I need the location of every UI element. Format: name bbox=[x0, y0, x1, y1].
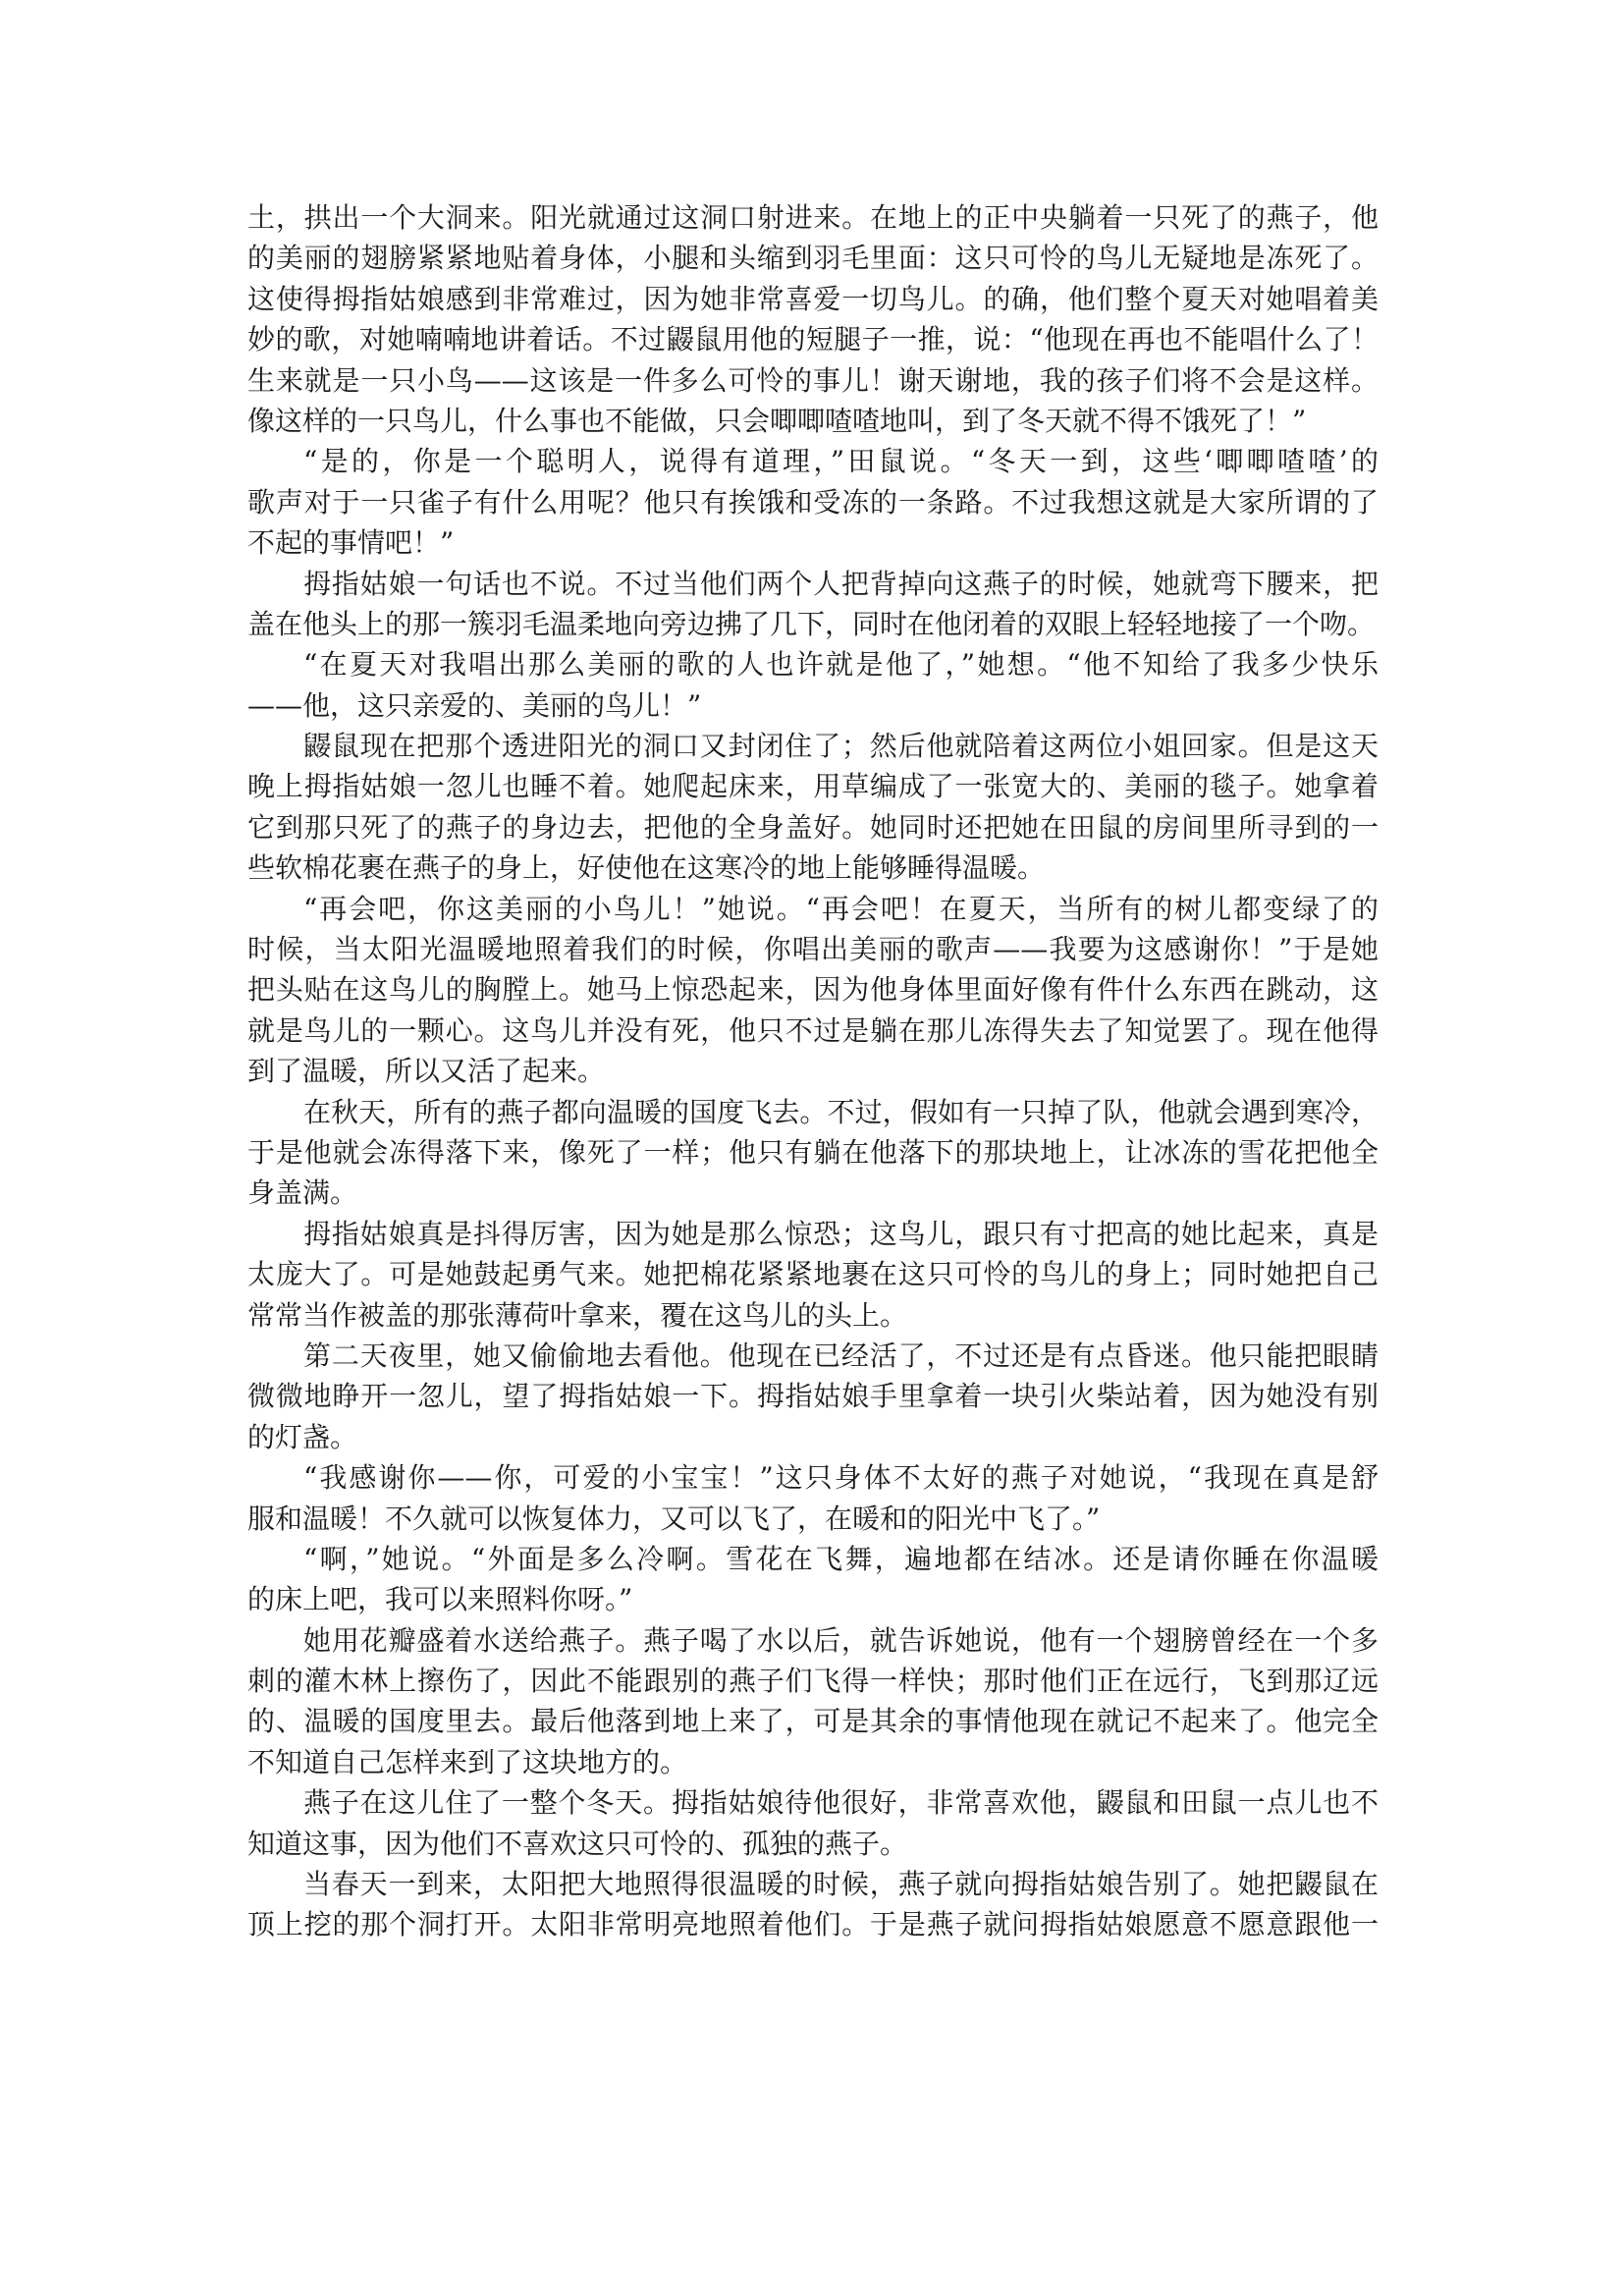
paragraph: 燕子在这儿住了一整个冬天。拇指姑娘待他很好，非常喜欢他，鼹鼠和田鼠一点儿也不知道… bbox=[247, 1782, 1379, 1864]
text-line: 妙的歌，对她喃喃地讲着话。不过鼹鼠用他的短腿子一推，说：“他现在再也不能唱什么了… bbox=[247, 319, 1379, 359]
text-line: 不知道自己怎样来到了这块地方的。 bbox=[247, 1742, 1379, 1782]
text-line: 当春天一到来，太阳把大地照得很温暖的时候，燕子就向拇指姑娘告别了。她把鼹鼠在 bbox=[247, 1864, 1379, 1904]
text-line: “啊，”她说。“外面是多么冷啊。雪花在飞舞，遍地都在结冰。还是请你睡在你温暖 bbox=[247, 1539, 1379, 1579]
paragraph: 拇指姑娘一句话也不说。不过当他们两个人把背掉向这燕子的时候，她就弯下腰来，把盖在… bbox=[247, 564, 1379, 645]
text-line: 鼹鼠现在把那个透进阳光的洞口又封闭住了；然后他就陪着这两位小姐回家。但是这天 bbox=[247, 726, 1379, 766]
paragraph: “我感谢你——你，可爱的小宝宝！”这只身体不太好的燕子对她说，“我现在真是舒服和… bbox=[247, 1457, 1379, 1539]
text-line: “是的，你是一个聪明人，说得有道理，”田鼠说。“冬天一到，这些‘唧唧喳喳’的 bbox=[247, 441, 1379, 481]
paragraph: 她用花瓣盛着水送给燕子。燕子喝了水以后，就告诉她说，他有一个翅膀曾经在一个多刺的… bbox=[247, 1620, 1379, 1783]
text-line: 的床上吧，我可以来照料你呀。” bbox=[247, 1579, 1379, 1619]
paragraph: 在秋天，所有的燕子都向温暖的国度飞去。不过，假如有一只掉了队，他就会遇到寒冷，于… bbox=[247, 1092, 1379, 1214]
text-line: 拇指姑娘一句话也不说。不过当他们两个人把背掉向这燕子的时候，她就弯下腰来，把 bbox=[247, 564, 1379, 604]
text-line: 的灯盏。 bbox=[247, 1417, 1379, 1457]
text-line: 服和温暖！不久就可以恢复体力，又可以飞了，在暖和的阳光中飞了。” bbox=[247, 1499, 1379, 1539]
text-line: 晚上拇指姑娘一忽儿也睡不着。她爬起床来，用草编成了一张宽大的、美丽的毯子。她拿着 bbox=[247, 766, 1379, 806]
paragraph: “是的，你是一个聪明人，说得有道理，”田鼠说。“冬天一到，这些‘唧唧喳喳’的歌声… bbox=[247, 441, 1379, 563]
text-line: 把头贴在这鸟儿的胸膛上。她马上惊恐起来，因为他身体里面好像有件什么东西在跳动，这 bbox=[247, 969, 1379, 1010]
text-line: 到了温暖，所以又活了起来。 bbox=[247, 1051, 1379, 1091]
text-line: 她用花瓣盛着水送给燕子。燕子喝了水以后，就告诉她说，他有一个翅膀曾经在一个多 bbox=[247, 1620, 1379, 1661]
text-line: 的美丽的翅膀紧紧地贴着身体，小腿和头缩到羽毛里面：这只可怜的鸟儿无疑地是冻死了。 bbox=[247, 238, 1379, 278]
text-line: “在夏天对我唱出那么美丽的歌的人也许就是他了，”她想。“他不知给了我多少快乐 bbox=[247, 644, 1379, 684]
paragraph: 拇指姑娘真是抖得厉害，因为她是那么惊恐；这鸟儿，跟只有寸把高的她比起来，真是太庞… bbox=[247, 1214, 1379, 1336]
text-line: 些软棉花裹在燕子的身上，好使他在这寒冷的地上能够睡得温暖。 bbox=[247, 847, 1379, 888]
paragraph: “再会吧，你这美丽的小鸟儿！”她说。“再会吧！在夏天，当所有的树儿都变绿了的时候… bbox=[247, 889, 1379, 1092]
text-line: 歌声对于一只雀子有什么用呢？他只有挨饿和受冻的一条路。不过我想这就是大家所谓的了 bbox=[247, 482, 1379, 522]
text-line: 第二天夜里，她又偷偷地去看他。他现在已经活了，不过还是有点昏迷。他只能把眼睛 bbox=[247, 1336, 1379, 1376]
document-page: 土，拱出一个大洞来。阳光就通过这洞口射进来。在地上的正中央躺着一只死了的燕子，他… bbox=[247, 197, 1379, 1945]
text-line: 身盖满。 bbox=[247, 1173, 1379, 1213]
text-line: 微微地睁开一忽儿，望了拇指姑娘一下。拇指姑娘手里拿着一块引火柴站着，因为她没有别 bbox=[247, 1376, 1379, 1416]
text-line: 它到那只死了的燕子的身边去，把他的全身盖好。她同时还把她在田鼠的房间里所寻到的一 bbox=[247, 807, 1379, 847]
text-line: 顶上挖的那个洞打开。太阳非常明亮地照着他们。于是燕子就问拇指姑娘愿意不愿意跟他一 bbox=[247, 1904, 1379, 1944]
text-line: 于是他就会冻得落下来，像死了一样；他只有躺在他落下的那块地上，让冰冻的雪花把他全 bbox=[247, 1132, 1379, 1173]
text-line: 生来就是一只小鸟——这该是一件多么可怜的事儿！谢天谢地，我的孩子们将不会是这样。 bbox=[247, 360, 1379, 401]
text-line: 拇指姑娘真是抖得厉害，因为她是那么惊恐；这鸟儿，跟只有寸把高的她比起来，真是 bbox=[247, 1214, 1379, 1254]
paragraph: 鼹鼠现在把那个透进阳光的洞口又封闭住了；然后他就陪着这两位小姐回家。但是这天晚上… bbox=[247, 726, 1379, 889]
text-line: 燕子在这儿住了一整个冬天。拇指姑娘待他很好，非常喜欢他，鼹鼠和田鼠一点儿也不 bbox=[247, 1782, 1379, 1823]
text-line: ——他，这只亲爱的、美丽的鸟儿！” bbox=[247, 685, 1379, 726]
text-line: 知道这事，因为他们不喜欢这只可怜的、孤独的燕子。 bbox=[247, 1824, 1379, 1864]
text-line: 盖在他头上的那一簇羽毛温柔地向旁边拂了几下，同时在他闭着的双眼上轻轻地接了一个吻… bbox=[247, 604, 1379, 644]
text-line: 像这样的一只鸟儿，什么事也不能做，只会唧唧喳喳地叫，到了冬天就不得不饿死了！” bbox=[247, 401, 1379, 441]
paragraph: 土，拱出一个大洞来。阳光就通过这洞口射进来。在地上的正中央躺着一只死了的燕子，他… bbox=[247, 197, 1379, 441]
text-line: 常常当作被盖的那张薄荷叶拿来，覆在这鸟儿的头上。 bbox=[247, 1295, 1379, 1336]
paragraph: “啊，”她说。“外面是多么冷啊。雪花在飞舞，遍地都在结冰。还是请你睡在你温暖的床… bbox=[247, 1539, 1379, 1620]
text-line: 在秋天，所有的燕子都向温暖的国度飞去。不过，假如有一只掉了队，他就会遇到寒冷， bbox=[247, 1092, 1379, 1132]
text-line: 这使得拇指姑娘感到非常难过，因为她非常喜爱一切鸟儿。的确，他们整个夏天对她唱着美 bbox=[247, 279, 1379, 319]
text-line: “再会吧，你这美丽的小鸟儿！”她说。“再会吧！在夏天，当所有的树儿都变绿了的 bbox=[247, 889, 1379, 929]
text-line: 太庞大了。可是她鼓起勇气来。她把棉花紧紧地裹在这只可怜的鸟儿的身上；同时她把自己 bbox=[247, 1254, 1379, 1294]
text-line: 刺的灌木林上擦伤了，因此不能跟别的燕子们飞得一样快；那时他们正在远行，飞到那辽远 bbox=[247, 1661, 1379, 1701]
text-line: 就是鸟儿的一颗心。这鸟儿并没有死，他只不过是躺在那儿冻得失去了知觉罢了。现在他得 bbox=[247, 1011, 1379, 1051]
text-line: 时候，当太阳光温暖地照着我们的时候，你唱出美丽的歌声——我要为这感谢你！”于是她 bbox=[247, 929, 1379, 969]
text-line: 的、温暖的国度里去。最后他落到地上来了，可是其余的事情他现在就记不起来了。他完全 bbox=[247, 1701, 1379, 1741]
text-line: 土，拱出一个大洞来。阳光就通过这洞口射进来。在地上的正中央躺着一只死了的燕子，他 bbox=[247, 197, 1379, 238]
text-line: 不起的事情吧！” bbox=[247, 522, 1379, 563]
paragraph: 第二天夜里，她又偷偷地去看他。他现在已经活了，不过还是有点昏迷。他只能把眼睛微微… bbox=[247, 1336, 1379, 1457]
paragraph: 当春天一到来，太阳把大地照得很温暖的时候，燕子就向拇指姑娘告别了。她把鼹鼠在顶上… bbox=[247, 1864, 1379, 1945]
paragraph: “在夏天对我唱出那么美丽的歌的人也许就是他了，”她想。“他不知给了我多少快乐——… bbox=[247, 644, 1379, 726]
text-line: “我感谢你——你，可爱的小宝宝！”这只身体不太好的燕子对她说，“我现在真是舒 bbox=[247, 1457, 1379, 1498]
